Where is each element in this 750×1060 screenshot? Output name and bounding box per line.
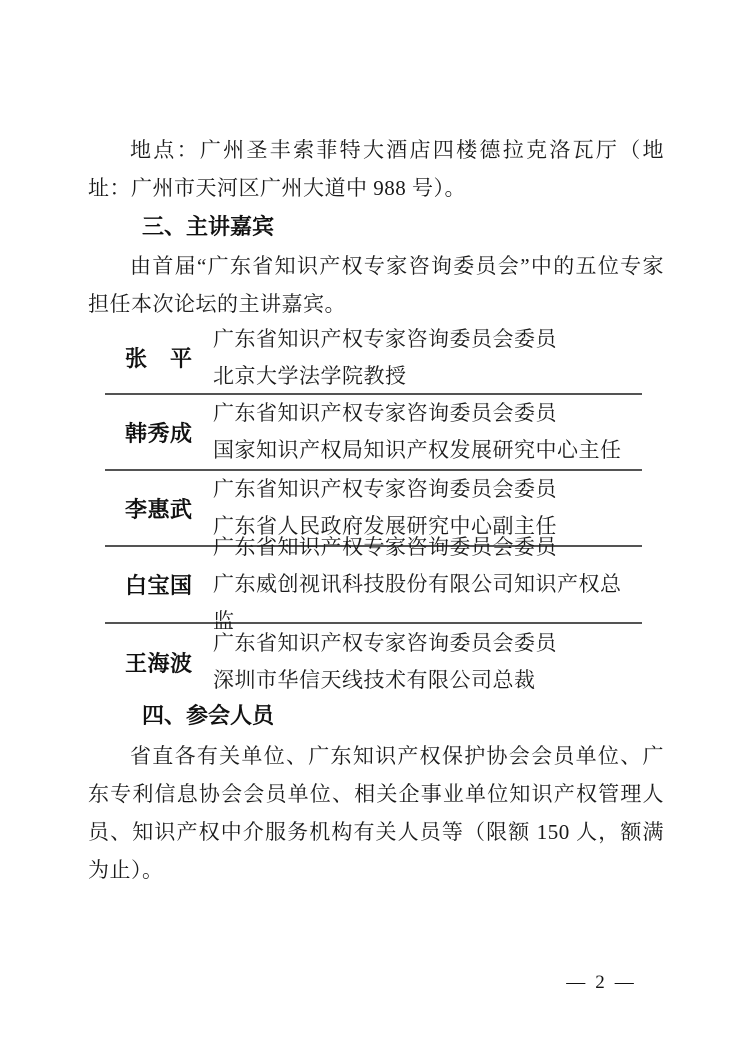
speaker-title-line: 广东省知识产权专家咨询委员会委员: [213, 471, 642, 508]
speaker-titles: 广东省知识产权专家咨询委员会委员 北京大学法学院教授: [213, 322, 642, 393]
document-page: 地点：广州圣丰索菲特大酒店四楼德拉克洛瓦厅（地址：广州市天河区广州大道中 988…: [0, 0, 750, 1060]
speaker-title-line: 广东省知识产权专家咨询委员会委员: [213, 395, 642, 432]
paragraph-participants: 省直各有关单位、广东知识产权保护协会会员单位、广东专利信息协会会员单位、相关企事…: [88, 737, 664, 889]
speaker-name: 李惠武: [105, 471, 213, 545]
speaker-title-line: 广东省知识产权专家咨询委员会委员: [213, 321, 642, 358]
section3-heading: 三、主讲嘉宾: [88, 212, 664, 242]
speaker-name: 张 平: [105, 322, 213, 393]
table-row: 白宝国 广东省知识产权专家咨询委员会委员 广东威创视讯科技股份有限公司知识产权总…: [105, 545, 642, 622]
speaker-title-line: 深圳市华信天线技术有限公司总裁: [213, 662, 642, 699]
speaker-titles: 广东省知识产权专家咨询委员会委员 深圳市华信天线技术有限公司总裁: [213, 624, 642, 700]
speaker-title-line: 国家知识产权局知识产权发展研究中心主任: [213, 432, 642, 469]
table-row: 张 平 广东省知识产权专家咨询委员会委员 北京大学法学院教授: [105, 322, 642, 393]
paragraph-location: 地点：广州圣丰索菲特大酒店四楼德拉克洛瓦厅（地址：广州市天河区广州大道中 988…: [88, 131, 664, 207]
speaker-table: 张 平 广东省知识产权专家咨询委员会委员 北京大学法学院教授 韩秀成 广东省知识…: [105, 322, 642, 700]
speaker-title-line: 广东省知识产权专家咨询委员会委员: [213, 625, 642, 662]
speaker-name: 韩秀成: [105, 395, 213, 469]
table-row: 王海波 广东省知识产权专家咨询委员会委员 深圳市华信天线技术有限公司总裁: [105, 622, 642, 700]
speaker-titles: 广东省知识产权专家咨询委员会委员 国家知识产权局知识产权发展研究中心主任: [213, 395, 642, 469]
page-number-dash-right: —: [615, 972, 634, 993]
section4-heading: 四、参会人员: [88, 701, 664, 731]
paragraph-speakers-intro: 由首届“广东省知识产权专家咨询委员会”中的五位专家担任本次论坛的主讲嘉宾。: [88, 247, 664, 323]
speaker-title-line: 北京大学法学院教授: [213, 358, 642, 395]
table-row: 韩秀成 广东省知识产权专家咨询委员会委员 国家知识产权局知识产权发展研究中心主任: [105, 393, 642, 469]
speaker-title-line: 广东省知识产权专家咨询委员会委员: [213, 529, 642, 566]
speaker-name: 王海波: [105, 624, 213, 700]
speaker-titles: 广东省知识产权专家咨询委员会委员 广东威创视讯科技股份有限公司知识产权总监: [213, 547, 642, 622]
speaker-name: 白宝国: [105, 547, 213, 622]
page-number: —2—: [540, 970, 660, 996]
page-number-dash-left: —: [566, 972, 585, 993]
page-number-value: 2: [595, 972, 605, 993]
